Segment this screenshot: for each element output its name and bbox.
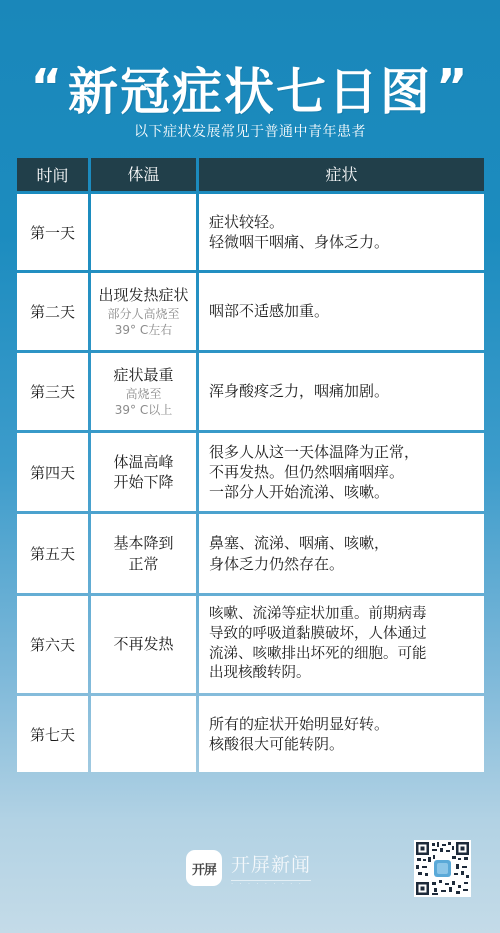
table-header: 时间 体温 症状: [17, 158, 484, 191]
table-row: 第一天 症状较轻。 轻微咽干咽痛、身体乏力。: [17, 194, 484, 270]
temp-note: 部分人高烧至 39° C左右: [107, 307, 179, 338]
table-row: 第五天 基本降到 正常 鼻塞、流涕、咽痛、咳嗽， 身体乏力仍然存在。: [17, 514, 484, 593]
symptom-cell: 咽部不适感加重。: [199, 273, 484, 350]
temp-text: 不再发热: [113, 634, 173, 654]
day-cell: 第五天: [17, 514, 88, 593]
close-quote: ”: [436, 59, 470, 115]
logo-glyph: 开屏: [192, 859, 216, 878]
symptom-text: 鼻塞、流涕、咽痛、咳嗽， 身体乏力仍然存在。: [209, 533, 389, 574]
temp-cell: 体温高峰 开始下降: [91, 433, 196, 511]
header-time: 时间: [17, 158, 88, 191]
table-row: 第二天 出现发热症状 部分人高烧至 39° C左右 咽部不适感加重。: [17, 273, 484, 350]
temp-text: 症状最重: [113, 365, 173, 385]
temp-cell: [91, 696, 196, 772]
temp-cell: [91, 194, 196, 270]
table-row: 第三天 症状最重 高烧至 39° C以上 浑身酸疼乏力，咽痛加剧。: [17, 353, 484, 430]
table-row: 第四天 体温高峰 开始下降 很多人从这一天体温降为正常， 不再发热。但仍然咽痛咽…: [17, 433, 484, 511]
day-cell: 第六天: [17, 596, 88, 693]
symptom-cell: 症状较轻。 轻微咽干咽痛、身体乏力。: [199, 194, 484, 270]
day-cell: 第一天: [17, 194, 88, 270]
page-title: “新冠症状七日图”: [0, 52, 500, 124]
temp-cell: 不再发热: [91, 596, 196, 693]
temp-cell: 出现发热症状 部分人高烧至 39° C左右: [91, 273, 196, 350]
kaiping-logo-icon: 开屏: [186, 850, 222, 886]
symptom-cell: 鼻塞、流涕、咽痛、咳嗽， 身体乏力仍然存在。: [199, 514, 484, 593]
symptom-cell: 很多人从这一天体温降为正常， 不再发热。但仍然咽痛咽痒。 一部分人开始流涕、咳嗽…: [199, 433, 484, 511]
brand-tagline: · · · · · · · · ·: [231, 880, 303, 888]
temp-cell: 基本降到 正常: [91, 514, 196, 593]
subtitle: 以下症状发展常见于普通中青年患者: [0, 121, 500, 141]
symptom-table: 时间 体温 症状 第一天 症状较轻。 轻微咽干咽痛、身体乏力。 第二天 出现发热…: [17, 158, 484, 775]
symptom-text: 很多人从这一天体温降为正常， 不再发热。但仍然咽痛咽痒。 一部分人开始流涕、咳嗽…: [209, 442, 419, 503]
temp-text: 体温高峰 开始下降: [113, 452, 173, 493]
header-symptoms: 症状: [199, 158, 484, 191]
symptom-text: 所有的症状开始明显好转。 核酸很大可能转阴。: [209, 714, 389, 755]
temp-note: 高烧至 39° C以上: [115, 387, 172, 418]
table-row: 第六天 不再发热 咳嗽、流涕等症状加重。前期病毒 导致的呼吸道黏膜破坏，人体通过…: [17, 596, 484, 693]
temp-text: 出现发热症状: [98, 285, 188, 305]
temp-text: 基本降到 正常: [113, 533, 173, 574]
header-temperature: 体温: [91, 158, 196, 191]
table-row: 第七天 所有的症状开始明显好转。 核酸很大可能转阴。: [17, 696, 484, 772]
symptom-cell: 所有的症状开始明显好转。 核酸很大可能转阴。: [199, 696, 484, 772]
temp-cell: 症状最重 高烧至 39° C以上: [91, 353, 196, 430]
symptom-cell: 浑身酸疼乏力，咽痛加剧。: [199, 353, 484, 430]
day-cell: 第七天: [17, 696, 88, 772]
symptom-text: 浑身酸疼乏力，咽痛加剧。: [209, 381, 389, 401]
brand-name: 开屏新闻: [231, 850, 311, 881]
symptom-text: 症状较轻。 轻微咽干咽痛、身体乏力。: [209, 212, 389, 253]
title-text: 新冠症状七日图: [68, 63, 432, 121]
day-cell: 第二天: [17, 273, 88, 350]
open-quote: “: [30, 59, 64, 115]
symptom-text: 咳嗽、流涕等症状加重。前期病毒 导致的呼吸道黏膜破坏，人体通过 流涕、咳嗽排出坏…: [209, 605, 427, 683]
qr-code-icon: [414, 840, 471, 897]
day-cell: 第四天: [17, 433, 88, 511]
day-cell: 第三天: [17, 353, 88, 430]
symptom-cell: 咳嗽、流涕等症状加重。前期病毒 导致的呼吸道黏膜破坏，人体通过 流涕、咳嗽排出坏…: [199, 596, 484, 693]
symptom-text: 咽部不适感加重。: [209, 301, 329, 321]
